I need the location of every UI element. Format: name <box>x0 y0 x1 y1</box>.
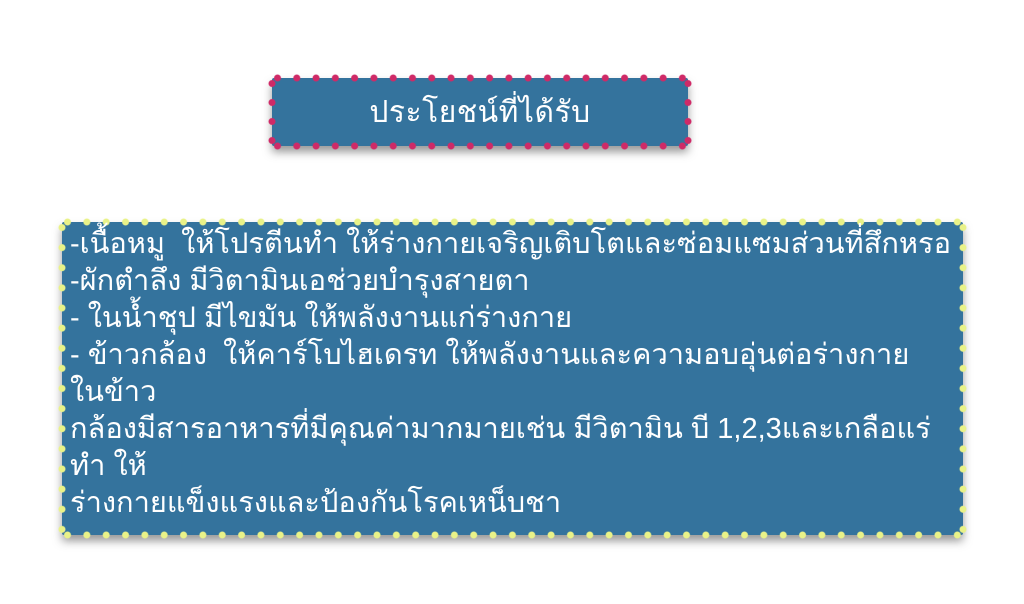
content-line-4: - ข้าวกล้อง ให้คาร์โบไฮเดรท ให้พลังงานแล… <box>70 337 955 411</box>
slide-title: ประโยชน์ที่ได้รับ <box>369 89 590 136</box>
title-box[interactable]: ประโยชน์ที่ได้รับ <box>272 78 688 146</box>
title-dotted-border-bottom <box>268 142 692 150</box>
content-line-6: ร่างกายแข็งแรงและป้องกันโรคเหน็บชา <box>70 485 955 522</box>
title-dotted-border-top <box>268 74 692 82</box>
title-dotted-border-left <box>268 74 276 150</box>
content-dotted-border-left <box>58 218 66 539</box>
content-line-1: -เนื้อหมู ให้โปรตีนทำ ให้ร่างกายเจริญเติ… <box>70 226 955 263</box>
content-line-3: - ในน้ำชุป มีไขมัน ให้พลังงานแก่ร่างกาย <box>70 300 955 337</box>
content-line-5: กล้องมีสารอาหารที่มีคุณค่ามากมายเช่น มีว… <box>70 411 955 485</box>
content-dotted-border-top <box>58 218 967 226</box>
title-dotted-border-right <box>684 74 692 150</box>
content-box[interactable]: -เนื้อหมู ให้โปรตีนทำ ให้ร่างกายเจริญเติ… <box>62 222 963 535</box>
content-dotted-border-bottom <box>58 531 967 539</box>
content-line-2: -ผักตำลึง มีวิตามินเอช่วยบำรุงสายตา <box>70 263 955 300</box>
content-text-block: -เนื้อหมู ให้โปรตีนทำ ให้ร่างกายเจริญเติ… <box>70 226 955 522</box>
slide-canvas: ประโยชน์ที่ได้รับ -เนื้อหมู ให้โปรตีนทำ … <box>0 0 1024 604</box>
content-dotted-border-right <box>959 218 967 539</box>
